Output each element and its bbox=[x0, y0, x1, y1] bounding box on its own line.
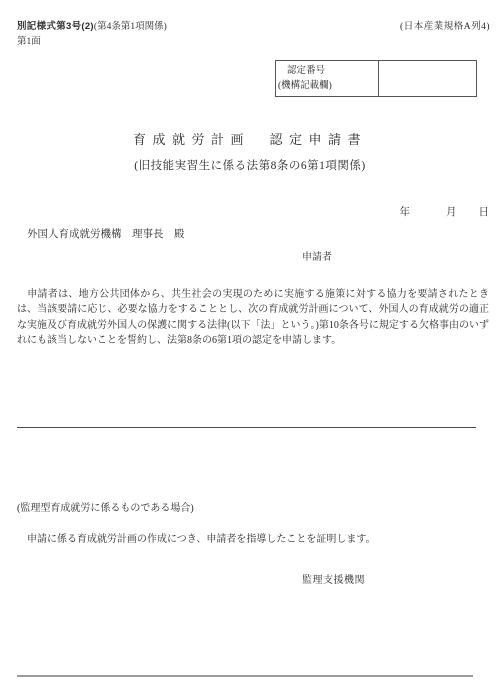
page-marker: 第1面 bbox=[17, 33, 41, 47]
supervising-org-label: 監理支援機関 bbox=[302, 571, 365, 586]
supervising-statement: 申請に係る育成就労計画の作成につき、申請者を指導したことを証明します。 bbox=[17, 530, 376, 545]
applicant-label: 申請者 bbox=[302, 248, 332, 263]
date-month-label: 月 bbox=[446, 204, 457, 219]
form-number-note: (第4条第1項関係) bbox=[94, 22, 167, 32]
section-divider-rule bbox=[17, 427, 476, 428]
addressee-line: 外国人育成就労機構 理事長 殿 bbox=[27, 226, 185, 241]
date-line: 年 月 日 bbox=[400, 204, 490, 219]
paper-standard-note: (日本産業規格A列4) bbox=[400, 18, 490, 32]
certification-number-value-cell bbox=[379, 61, 476, 96]
date-day-label: 日 bbox=[479, 204, 490, 219]
office-entry-note: (機構記載欄) bbox=[276, 79, 378, 94]
page-bottom-rule bbox=[17, 675, 473, 677]
pledge-paragraph: 申請者は、地方公共団体から、共生社会の実現のために実施する施策に対する協力を要請… bbox=[17, 287, 489, 349]
certification-number-label: 認定番号 bbox=[276, 64, 378, 79]
document-page: 別記様式第3号(2)(第4条第1項関係) 第1面 (日本産業規格A列4) 認定番… bbox=[0, 0, 500, 698]
certification-number-label-cell: 認定番号 (機構記載欄) bbox=[276, 61, 379, 96]
form-header-line: 別記様式第3号(2)(第4条第1項関係) bbox=[17, 18, 167, 32]
document-subtitle: (旧技能実習生に係る法第8条の6第1項関係) bbox=[0, 157, 500, 173]
form-number: 別記様式第3号(2) bbox=[17, 21, 94, 32]
supervising-condition-note: (監理型育成就労に係るものである場合) bbox=[17, 499, 194, 514]
certification-number-box: 認定番号 (機構記載欄) bbox=[275, 60, 477, 97]
document-title: 育成就労計画 認定申請書 bbox=[0, 129, 500, 148]
date-year-label: 年 bbox=[400, 204, 411, 219]
